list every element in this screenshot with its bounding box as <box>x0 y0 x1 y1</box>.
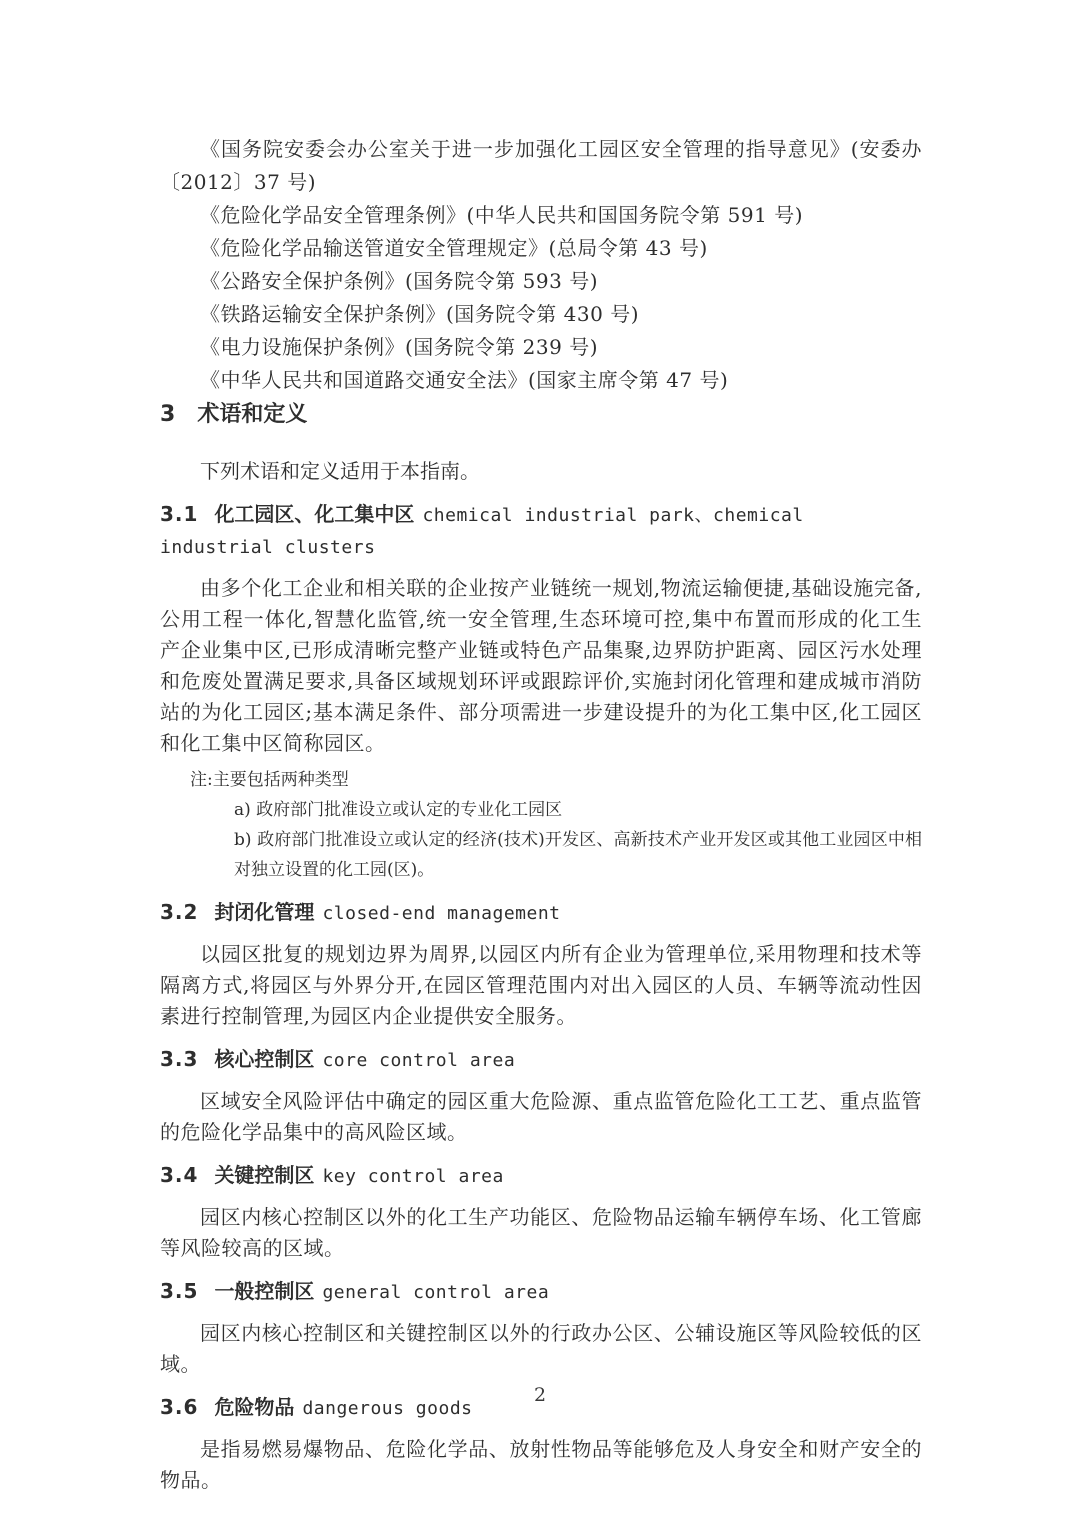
term-title-en: key control area <box>322 1166 503 1187</box>
section-3-heading: 3术语和定义 <box>160 399 922 431</box>
terms-intro: 下列术语和定义适用于本指南。 <box>160 455 922 487</box>
note-heading: 注:主要包括两种类型 <box>190 765 922 795</box>
reference-list: 《国务院安委会办公室关于进一步加强化工园区安全管理的指导意见》(安委办〔2012… <box>160 133 922 397</box>
term-title-en: closed-end management <box>322 903 560 924</box>
term-3-4-heading: 3.4关键控制区key control area <box>160 1160 922 1192</box>
reference-item: 《危险化学品输送管道安全管理规定》(总局令第 43 号) <box>160 232 922 265</box>
term-title-zh: 核心控制区 <box>214 1047 314 1071</box>
term-title-zh: 封闭化管理 <box>214 900 314 924</box>
term-3-6-definition: 是指易燃易爆物品、危险化学品、放射性物品等能够危及人身安全和财产安全的物品。 <box>160 1434 922 1496</box>
term-number: 3.4 <box>160 1163 198 1187</box>
reference-item: 《电力设施保护条例》(国务院令第 239 号) <box>160 331 922 364</box>
term-3-3-heading: 3.3核心控制区core control area <box>160 1044 922 1076</box>
document-page: 《国务院安委会办公室关于进一步加强化工园区安全管理的指导意见》(安委办〔2012… <box>0 0 1080 1527</box>
term-3-3-definition: 区域安全风险评估中确定的园区重大危险源、重点监管危险化工工艺、重点监管的危险化学… <box>160 1086 922 1148</box>
term-number: 3.3 <box>160 1047 198 1071</box>
reference-item: 《公路安全保护条例》(国务院令第 593 号) <box>160 265 922 298</box>
term-3-4-definition: 园区内核心控制区以外的化工生产功能区、危险物品运输车辆停车场、化工管廊等风险较高… <box>160 1202 922 1264</box>
reference-item: 《国务院安委会办公室关于进一步加强化工园区安全管理的指导意见》(安委办〔2012… <box>160 133 922 199</box>
term-3-5-definition: 园区内核心控制区和关键控制区以外的行政办公区、公辅设施区等风险较低的区域。 <box>160 1318 922 1380</box>
reference-item: 《中华人民共和国道路交通安全法》(国家主席令第 47 号) <box>160 364 922 397</box>
note-item-a: a) 政府部门批准设立或认定的专业化工园区 <box>234 795 922 825</box>
section-number: 3 <box>160 402 175 427</box>
term-3-1-definition: 由多个化工企业和相关联的企业按产业链统一规划,物流运输便捷,基础设施完备,公用工… <box>160 573 922 759</box>
term-title-zh: 一般控制区 <box>214 1279 314 1303</box>
section-title: 术语和定义 <box>197 402 307 427</box>
reference-item: 《铁路运输安全保护条例》(国务院令第 430 号) <box>160 298 922 331</box>
term-number: 3.5 <box>160 1279 198 1303</box>
term-3-5-heading: 3.5一般控制区general control area <box>160 1276 922 1308</box>
term-number: 3.1 <box>160 502 198 526</box>
reference-item: 《危险化学品安全管理条例》(中华人民共和国国务院令第 591 号) <box>160 199 922 232</box>
term-number: 3.2 <box>160 900 198 924</box>
term-title-en: general control area <box>322 1282 549 1303</box>
term-3-1-heading: 3.1化工园区、化工集中区chemical industrial park、ch… <box>160 499 922 563</box>
note-item-b: b) 政府部门批准设立或认定的经济(技术)开发区、高新技术产业开发区或其他工业园… <box>234 825 922 885</box>
term-title-zh: 化工园区、化工集中区 <box>214 502 414 526</box>
note-block: 注:主要包括两种类型 a) 政府部门批准设立或认定的专业化工园区 b) 政府部门… <box>190 765 922 885</box>
term-title-zh: 关键控制区 <box>214 1163 314 1187</box>
term-3-2-heading: 3.2封闭化管理closed-end management <box>160 897 922 929</box>
term-3-2-definition: 以园区批复的规划边界为周界,以园区内所有企业为管理单位,采用物理和技术等隔离方式… <box>160 939 922 1032</box>
term-title-en: core control area <box>322 1050 515 1071</box>
page-number: 2 <box>0 1384 1080 1406</box>
